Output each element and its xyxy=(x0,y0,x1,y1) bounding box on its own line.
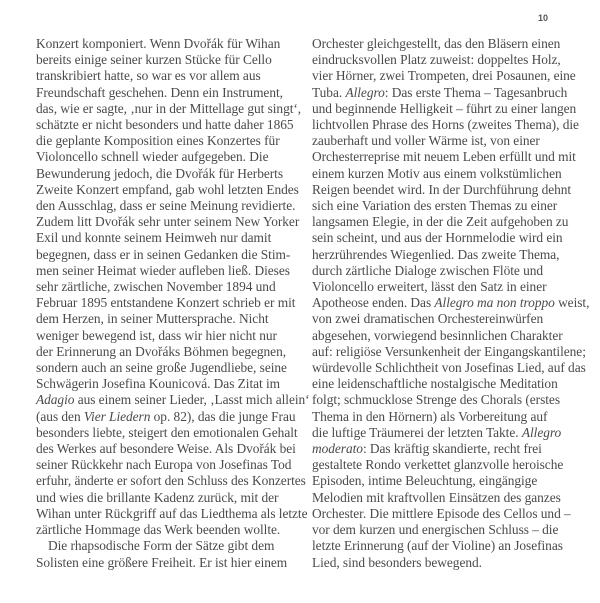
text-line: herzrührendes Wiegenlied. Das zweite The… xyxy=(312,247,574,263)
text-run: bereits einige seiner kurzen Stücke für … xyxy=(36,52,272,67)
text-line: erfuhr, änderte er sofort den Schluss de… xyxy=(36,473,298,489)
text-line: Bewunderung jedoch, die Dvořák für Herbe… xyxy=(36,166,298,182)
text-run: weist, xyxy=(555,295,590,310)
text-line: weniger bewegend ist, dass wir hier nich… xyxy=(36,328,298,344)
text-line: (aus den Vier Liedern op. 82), das die j… xyxy=(36,409,298,425)
text-run: men seiner Heimat wieder aufleben ließ. … xyxy=(36,263,290,278)
text-line: würdevolle Schlichtheit von Josefinas Li… xyxy=(312,360,574,376)
text-line: von zwei dramatischen Orchestereinwürfen xyxy=(312,311,574,327)
italic-text: moderato xyxy=(312,441,363,456)
text-line: durch zärtliche Dialoge zwischen Flöte u… xyxy=(312,263,574,279)
text-run: Reigen beendet wird. In der Durchführung… xyxy=(312,182,571,197)
text-run: Konzert komponiert. Wenn Dvořák für Wiha… xyxy=(36,36,280,51)
text-run: langsamen Elegie, in der die Zeit aufgeh… xyxy=(312,214,568,229)
text-line: Zweite Konzert empfand, gab wohl letzten… xyxy=(36,182,298,198)
text-line: zärtliche Hommage das Werk beenden wollt… xyxy=(36,522,298,538)
text-run: Die rhapsodische Form der Sätze gibt dem xyxy=(48,538,274,553)
text-line: Freundschaft geschehen. Denn ein Instrum… xyxy=(36,85,298,101)
text-run: Solisten eine größere Freiheit. Er ist h… xyxy=(36,555,287,570)
text-line: Reigen beendet wird. In der Durchführung… xyxy=(312,182,574,198)
text-line: sondern auch an seine große Jugendliebe,… xyxy=(36,360,298,376)
text-run: Thema in den Hörnern) als Vorbereitung a… xyxy=(312,409,547,424)
text-run: sich eine Variation des ersten Themas zu… xyxy=(312,198,557,213)
text-run: das, wie er sagte, ‚nur in der Mittellag… xyxy=(36,101,301,116)
text-line: dem Herzen, in seiner Muttersprache. Nic… xyxy=(36,311,298,327)
text-run: Melodien mit kraftvollen Einsätzen des g… xyxy=(312,490,561,505)
text-run: op. 82), das die junge Frau xyxy=(150,409,295,424)
text-line: besonders liebte, steigert den emotional… xyxy=(36,425,298,441)
text-run: gestaltete Rondo verkettet glanzvolle he… xyxy=(312,457,563,472)
text-run: und wies die brillante Kadenz zurück, mi… xyxy=(36,490,278,505)
text-run: lichtvollen Phrase des Horns (zweites Th… xyxy=(312,117,579,132)
text-line: Orchester gleichgestellt, das den Bläser… xyxy=(312,36,574,52)
text-run: würdevolle Schlichtheit von Josefinas Li… xyxy=(312,360,586,375)
text-line: schätzte er nicht besonders und hatte da… xyxy=(36,117,298,133)
text-run: Orchester gleichgestellt, das den Bläser… xyxy=(312,36,560,51)
text-line: langsamen Elegie, in der die Zeit aufgeh… xyxy=(312,214,574,230)
text-run: herzrührendes Wiegenlied. Das zweite The… xyxy=(312,247,559,262)
text-line: die luftige Träumerei der letzten Takte.… xyxy=(312,425,574,441)
text-line: den Ausschlag, dass er seine Meinung rev… xyxy=(36,198,298,214)
text-run: Orchester. Die mittlere Episode des Cell… xyxy=(312,506,571,521)
text-line: und wies die brillante Kadenz zurück, mi… xyxy=(36,490,298,506)
text-column-left: Konzert komponiert. Wenn Dvořák für Wiha… xyxy=(36,36,298,571)
text-run: begegnen, dass er in seinen Gedanken die… xyxy=(36,247,290,262)
text-run: Freundschaft geschehen. Denn ein Instrum… xyxy=(36,85,283,100)
text-run: Bewunderung jedoch, die Dvořák für Herbe… xyxy=(36,166,283,181)
text-line: Violoncello schnell wieder aufgegeben. D… xyxy=(36,149,298,165)
text-line: Melodien mit kraftvollen Einsätzen des g… xyxy=(312,490,574,506)
text-run: abgesehen, vorwiegend besinnlichen Chara… xyxy=(312,328,563,343)
text-run: die luftige Träumerei der letzten Takte. xyxy=(312,425,522,440)
text-line: seiner Rückkehr nach Europa von Josefina… xyxy=(36,457,298,473)
text-line: vor dem kurzen und energischen Schluss –… xyxy=(312,522,574,538)
text-run: erfuhr, änderte er sofort den Schluss de… xyxy=(36,473,306,488)
text-line: Konzert komponiert. Wenn Dvořák für Wiha… xyxy=(36,36,298,52)
text-line: men seiner Heimat wieder aufleben ließ. … xyxy=(36,263,298,279)
text-run: sein scheint, und aus der Hornmelodie wi… xyxy=(312,230,563,245)
italic-text: Adagio xyxy=(36,392,74,407)
text-run: vier Hörner, zwei Trompeten, drei Posaun… xyxy=(312,68,576,83)
text-line: eine leidenschaftliche nostalgische Medi… xyxy=(312,376,574,392)
text-line: gestaltete Rondo verkettet glanzvolle he… xyxy=(312,457,574,473)
text-run: zauberhaft und voller Wärme ist, von ein… xyxy=(312,133,540,148)
text-line: Adagio aus einem seiner Lieder, ‚Lasst m… xyxy=(36,392,298,408)
italic-text: Allegro ma non troppo xyxy=(434,295,554,310)
text-run: besonders liebte, steigert den emotional… xyxy=(36,425,298,440)
text-line: folgt; schmucklose Strenge des Chorals (… xyxy=(312,392,574,408)
text-run: die geplante Komposition eines Konzertes… xyxy=(36,133,280,148)
text-run: folgt; schmucklose Strenge des Chorals (… xyxy=(312,392,560,407)
text-run: Zudem litt Dvořák sehr unter seinem New … xyxy=(36,214,299,229)
text-run: der Erinnerung an Dvořáks Böhmen begegne… xyxy=(36,344,286,359)
text-line: Apotheose enden. Das Allegro ma non trop… xyxy=(312,295,574,311)
text-run: Exil und konnte seinem Heimweh nur damit xyxy=(36,230,271,245)
text-run: letzte Erinnerung (auf der Violine) an J… xyxy=(312,538,563,553)
page-number: 10 xyxy=(538,13,578,23)
italic-text: Allegro xyxy=(345,85,384,100)
text-line: transkribiert hatte, so war es vor allem… xyxy=(36,68,298,84)
text-run: sehr zärtliche, zwischen November 1894 u… xyxy=(36,279,276,294)
text-run: dem Herzen, in seiner Muttersprache. Nic… xyxy=(36,311,269,326)
text-line: einem kurzen Motiv aus einem volkstümlic… xyxy=(312,166,574,182)
text-line: Februar 1895 entstandene Konzert schrieb… xyxy=(36,295,298,311)
text-line: moderato: Das kräftig skandierte, recht … xyxy=(312,441,574,457)
italic-text: Vier Liedern xyxy=(84,409,150,424)
text-run: durch zärtliche Dialoge zwischen Flöte u… xyxy=(312,263,543,278)
text-run: weniger bewegend ist, dass wir hier nich… xyxy=(36,328,277,343)
text-run: des Werkes auf besondere Weise. Als Dvoř… xyxy=(36,441,296,456)
text-run: Wihan unter Rückgriff auf das Liedthema … xyxy=(36,506,308,521)
text-line: letzte Erinnerung (auf der Violine) an J… xyxy=(312,538,574,554)
text-line: der Erinnerung an Dvořáks Böhmen begegne… xyxy=(36,344,298,360)
text-line: lichtvollen Phrase des Horns (zweites Th… xyxy=(312,117,574,133)
text-line: Thema in den Hörnern) als Vorbereitung a… xyxy=(312,409,574,425)
text-run: Violoncello schnell wieder aufgegeben. D… xyxy=(36,149,268,164)
text-line: Zudem litt Dvořák sehr unter seinem New … xyxy=(36,214,298,230)
text-run: Februar 1895 entstandene Konzert schrieb… xyxy=(36,295,295,310)
text-run: eine leidenschaftliche nostalgische Medi… xyxy=(312,376,558,391)
text-run: Orchesterreprise mit neuem Leben erfüllt… xyxy=(312,149,576,164)
text-run: Violoncello erweitert, lässt den Satz in… xyxy=(312,279,547,294)
text-line: Solisten eine größere Freiheit. Er ist h… xyxy=(36,555,298,571)
text-run: Apotheose enden. Das xyxy=(312,295,434,310)
text-run: auf: religiöse Versunkenheit der Eingang… xyxy=(312,344,586,359)
italic-text: Allegro xyxy=(522,425,561,440)
text-line: zauberhaft und voller Wärme ist, von ein… xyxy=(312,133,574,149)
text-run: transkribiert hatte, so war es vor allem… xyxy=(36,68,261,83)
text-line: Schwägerin Josefina Kounicová. Das Zitat… xyxy=(36,376,298,392)
text-line: Violoncello erweitert, lässt den Satz in… xyxy=(312,279,574,295)
text-run: zärtliche Hommage das Werk beenden wollt… xyxy=(36,522,280,537)
text-line: sein scheint, und aus der Hornmelodie wi… xyxy=(312,230,574,246)
text-run: : Das kräftig skandierte, recht frei xyxy=(363,441,542,456)
text-run: schätzte er nicht besonders und hatte da… xyxy=(36,117,294,132)
text-line: und beginnende Helligkeit – führt zu ein… xyxy=(312,101,574,117)
text-run: (aus den xyxy=(36,409,84,424)
text-run: : Das erste Thema – Tagesanbruch xyxy=(385,85,568,100)
text-run: den Ausschlag, dass er seine Meinung rev… xyxy=(36,198,295,213)
text-run: und beginnende Helligkeit – führt zu ein… xyxy=(312,101,576,116)
text-line: eindrucksvollen Platz zuweist: doppeltes… xyxy=(312,52,574,68)
text-column-right: Orchester gleichgestellt, das den Bläser… xyxy=(312,36,574,571)
text-run: Tuba. xyxy=(312,85,345,100)
text-line: Lied, sind besonders bewegend. xyxy=(312,555,574,571)
text-run: sondern auch an seine große Jugendliebe,… xyxy=(36,360,287,375)
text-run: einem kurzen Motiv aus einem volkstümlic… xyxy=(312,166,562,181)
text-line: Exil und konnte seinem Heimweh nur damit xyxy=(36,230,298,246)
text-line: des Werkes auf besondere Weise. Als Dvoř… xyxy=(36,441,298,457)
text-line: Tuba. Allegro: Das erste Thema – Tagesan… xyxy=(312,85,574,101)
text-run: Lied, sind besonders bewegend. xyxy=(312,555,482,570)
text-line: Orchester. Die mittlere Episode des Cell… xyxy=(312,506,574,522)
text-line: Orchesterreprise mit neuem Leben erfüllt… xyxy=(312,149,574,165)
text-line: sich eine Variation des ersten Themas zu… xyxy=(312,198,574,214)
text-line: das, wie er sagte, ‚nur in der Mittellag… xyxy=(36,101,298,117)
text-line: Die rhapsodische Form der Sätze gibt dem xyxy=(36,538,298,554)
text-run: vor dem kurzen und energischen Schluss –… xyxy=(312,522,558,537)
text-line: Episoden, intime Beleuchtung, eingängige xyxy=(312,473,574,489)
text-line: bereits einige seiner kurzen Stücke für … xyxy=(36,52,298,68)
text-run: eindrucksvollen Platz zuweist: doppeltes… xyxy=(312,52,561,67)
text-line: vier Hörner, zwei Trompeten, drei Posaun… xyxy=(312,68,574,84)
text-line: begegnen, dass er in seinen Gedanken die… xyxy=(36,247,298,263)
text-line: abgesehen, vorwiegend besinnlichen Chara… xyxy=(312,328,574,344)
text-run: Episoden, intime Beleuchtung, eingängige xyxy=(312,473,537,488)
text-run: aus einem seiner Lieder, ‚Lasst mich all… xyxy=(74,392,309,407)
text-line: sehr zärtliche, zwischen November 1894 u… xyxy=(36,279,298,295)
text-run: seiner Rückkehr nach Europa von Josefina… xyxy=(36,457,291,472)
text-line: auf: religiöse Versunkenheit der Eingang… xyxy=(312,344,574,360)
text-run: Zweite Konzert empfand, gab wohl letzten… xyxy=(36,182,299,197)
text-run: Schwägerin Josefina Kounicová. Das Zitat… xyxy=(36,376,280,391)
text-run: von zwei dramatischen Orchestereinwürfen xyxy=(312,311,543,326)
text-line: die geplante Komposition eines Konzertes… xyxy=(36,133,298,149)
text-line: Wihan unter Rückgriff auf das Liedthema … xyxy=(36,506,298,522)
